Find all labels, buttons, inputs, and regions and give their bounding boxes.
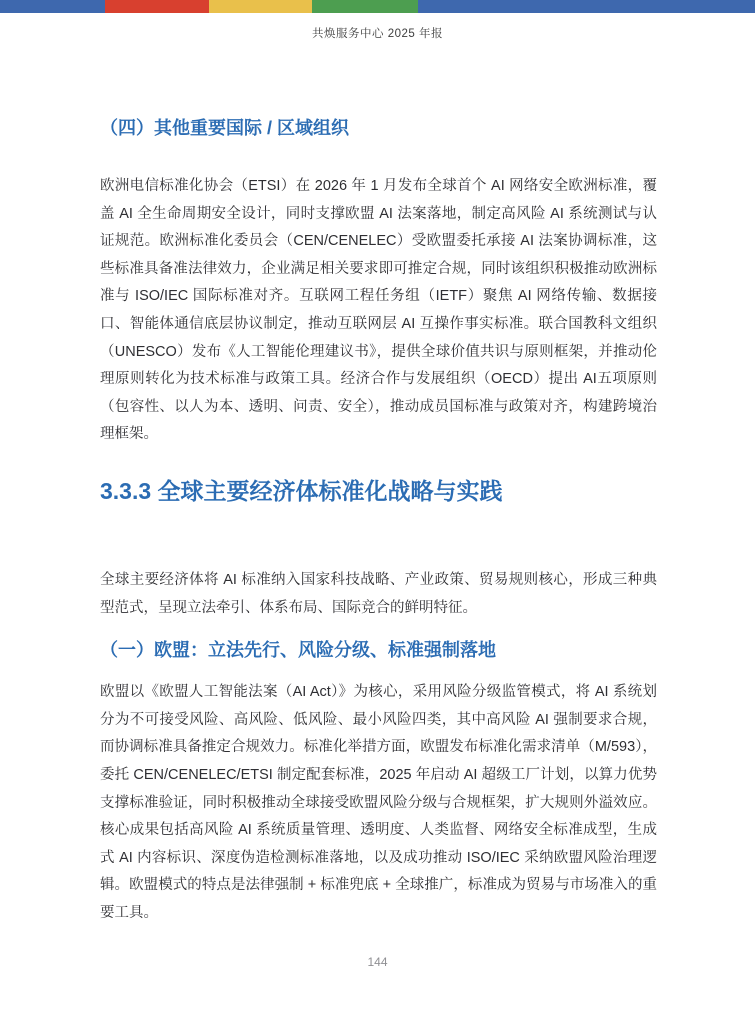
color-bar-segment-blue-right (418, 0, 755, 13)
section-heading-3-3-3: 3.3.3 全球主要经济体标准化战略与实践 (100, 475, 657, 507)
subsection-heading-eu: （一）欧盟：立法先行、风险分级、标准强制落地 (100, 638, 657, 663)
paragraph-other-orgs: 欧洲电信标准化协会（ETSI）在 2026 年 1 月发布全球首个 AI 网络安… (100, 173, 657, 449)
color-bar-segment-yellow (209, 0, 312, 13)
page-number: 144 (0, 955, 755, 969)
paragraph-eu-details: 欧盟以《欧盟人工智能法案（AI Act）》为核心，采用风险分级监管模式，将 AI… (100, 679, 657, 927)
top-color-bar (0, 0, 755, 13)
running-header-title: 共焕服务中心 2025 年报 (0, 26, 755, 42)
subsection-heading-other-orgs: （四）其他重要国际 / 区域组织 (100, 116, 657, 141)
color-bar-segment-red (105, 0, 209, 13)
paragraph-global-economies-intro: 全球主要经济体将 AI 标准纳入国家科技战略、产业政策、贸易规则核心，形成三种典… (100, 567, 657, 622)
page-content: （四）其他重要国际 / 区域组织 欧洲电信标准化协会（ETSI）在 2026 年… (0, 116, 755, 927)
color-bar-segment-green (312, 0, 418, 13)
report-page: { "colors": { "bar_blue": "#3e68ae", "ba… (0, 0, 755, 1024)
color-bar-segment-blue (0, 0, 105, 13)
